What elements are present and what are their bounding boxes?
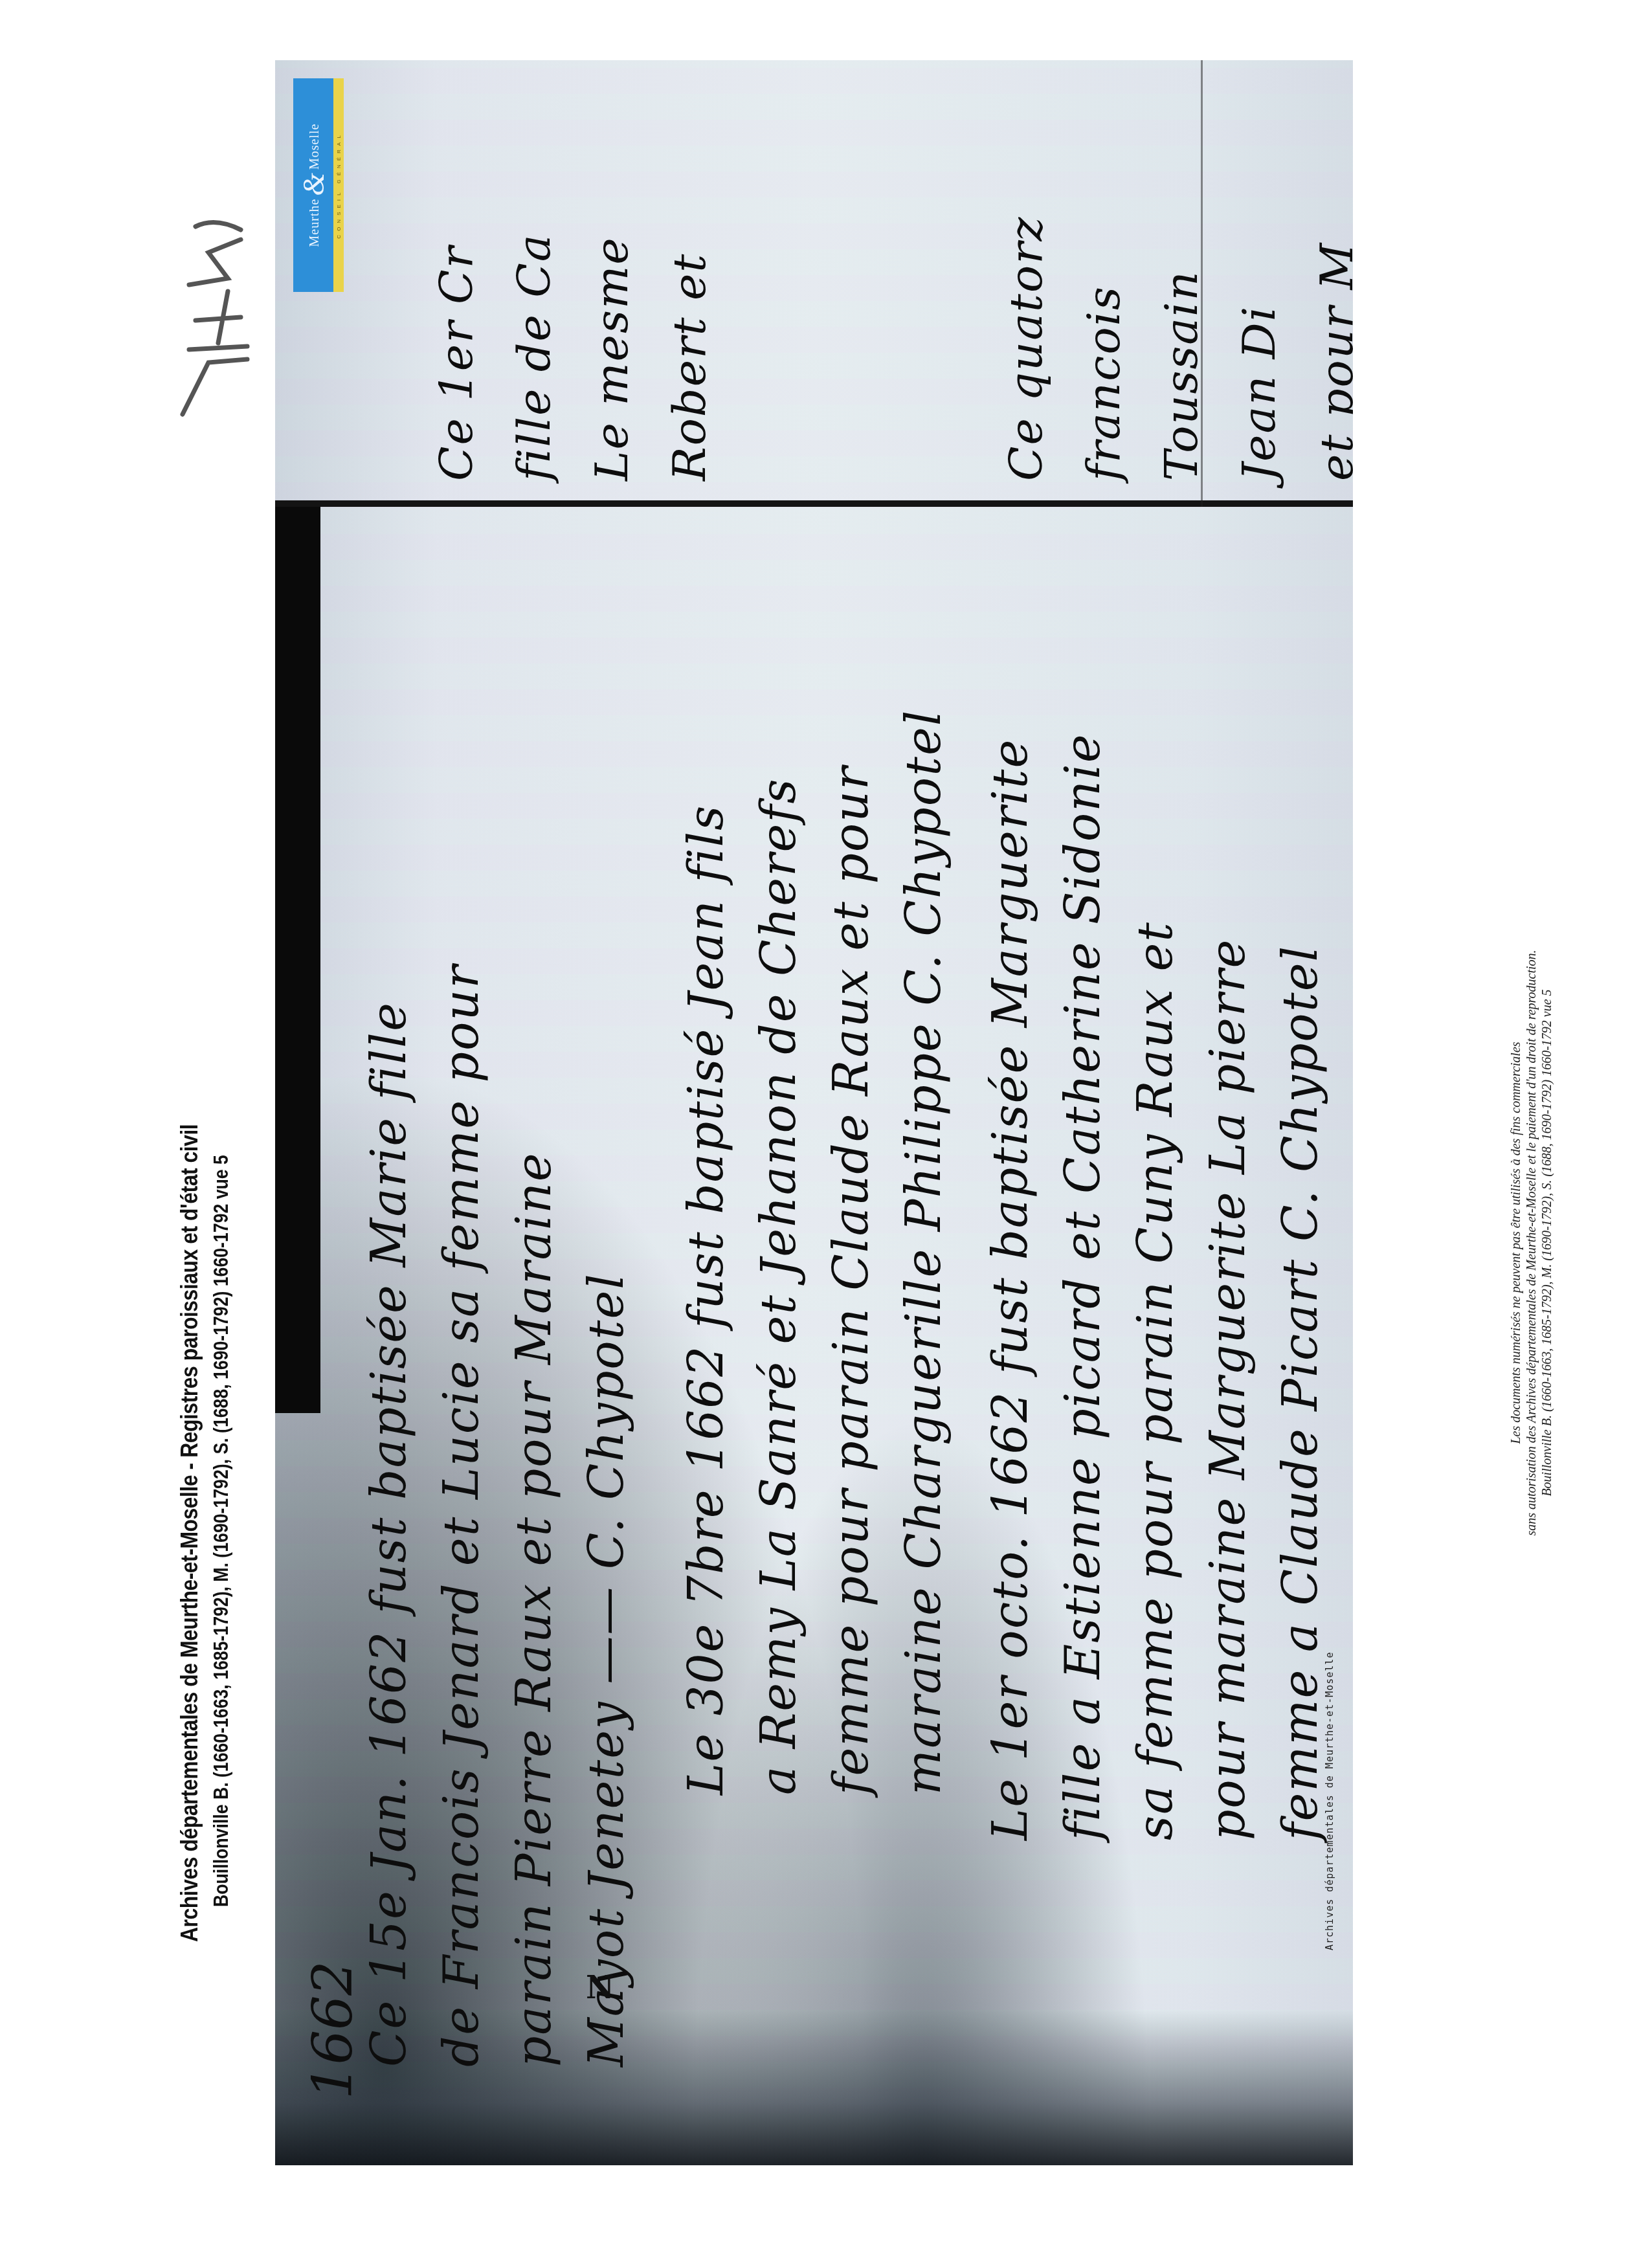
logo-word-meurthe: Meurthe xyxy=(307,199,322,247)
archive-title: Archives départementales de Meurthe-et-M… xyxy=(175,383,205,1942)
manuscript-line: Le 1er octo. 1662 fust baptisée Margueri… xyxy=(974,733,1047,1840)
manuscript-line: Le 30e 7bre 1662 fust baptisé Jean fils xyxy=(670,709,742,1795)
manuscript-line: Le mesme xyxy=(573,233,651,481)
manuscript-line: fille de Ca xyxy=(495,233,573,481)
logo-subline: CONSEIL GÉNÉRAL xyxy=(336,131,342,238)
manuscript-line: Robert et xyxy=(651,233,728,481)
baptism-entry-2: Le 30e 7bre 1662 fust baptisé Jean fils … xyxy=(670,709,960,1795)
manuscript-line: sa femme pour parain Cuny Raux et xyxy=(1119,733,1192,1840)
register-reference: Bouillonville B. (1660-1663, 1685-1792),… xyxy=(208,378,234,1907)
manuscript-line: Ce quatorz xyxy=(987,216,1065,481)
disclaimer-reference: Bouillonville B. (1660-1663, 1685-1792),… xyxy=(1539,854,1555,1631)
manuscript-line: et pour M xyxy=(1298,216,1353,481)
meurthe-et-moselle-logo: Meurthe&Moselle CONSEIL GÉNÉRAL xyxy=(293,78,346,292)
manuscript-line: Jean Di xyxy=(1220,216,1298,481)
logo-wordmark: Meurthe&Moselle xyxy=(296,124,331,247)
baptism-entry-3: Le 1er octo. 1662 fust baptisée Margueri… xyxy=(974,733,1337,1840)
manuscript-line: de Francois Jenard et Lucie sa femme pou… xyxy=(425,964,498,2067)
disclaimer-line: sans autorisation des Archives départeme… xyxy=(1524,854,1539,1631)
manuscript-line: Toussain xyxy=(1143,216,1220,481)
logo-word-moselle: Moselle xyxy=(307,124,322,170)
margin-mark: N xyxy=(586,1970,614,2006)
logo-blue-band: Meurthe&Moselle xyxy=(293,78,333,292)
manuscript-line: Ce 1er Cr xyxy=(418,233,495,481)
usage-disclaimer: Les documents numérisés ne peuvent pas ê… xyxy=(1508,854,1555,1631)
manuscript-line: femme pour parain Claude Raux et pour xyxy=(815,709,887,1795)
manuscript-line: fille a Estienne picard et Catherine Sid… xyxy=(1047,733,1119,1840)
manuscript-line: pour maraine Marguerite La pierre xyxy=(1192,733,1264,1840)
top-fragment-text: Ce 1er Cr fille de Ca Le mesme Robert et xyxy=(418,233,728,481)
logo-yellow-band: CONSEIL GÉNÉRAL xyxy=(333,78,344,292)
top-fragment-text-2: Ce quatorz francois Toussain Jean Di et … xyxy=(987,216,1353,481)
archive-watermark: Archives départementales de Meurthe-et-M… xyxy=(1324,1652,1335,1950)
pencil-annotation: 757 n. xyxy=(170,214,260,427)
manuscript-line: francois xyxy=(1065,216,1143,481)
register-scan: Meurthe&Moselle CONSEIL GÉNÉRAL Ce 1er C… xyxy=(275,60,1353,2165)
manuscript-line: a Remy La Sanré et Jehanon de Cherefs xyxy=(742,709,815,1795)
manuscript-line: Ce 15e Jan. 1662 fust baptisée Marie fil… xyxy=(353,964,425,2067)
binding-shadow xyxy=(275,507,320,1413)
manuscript-line: maraine Charguerille Philippe C. Chypote… xyxy=(887,709,960,1795)
baptism-entry-1: Ce 15e Jan. 1662 fust baptisée Marie fil… xyxy=(353,964,643,2067)
disclaimer-line: Les documents numérisés ne peuvent pas ê… xyxy=(1508,854,1524,1631)
logo-ampersand: & xyxy=(297,172,330,196)
manuscript-line: parain Pierre Raux et pour Maraine xyxy=(498,964,570,2067)
manuscript-line: Mayot Jenetey —— C. Chypotel xyxy=(570,964,643,2067)
page-fold-line xyxy=(275,500,1353,507)
